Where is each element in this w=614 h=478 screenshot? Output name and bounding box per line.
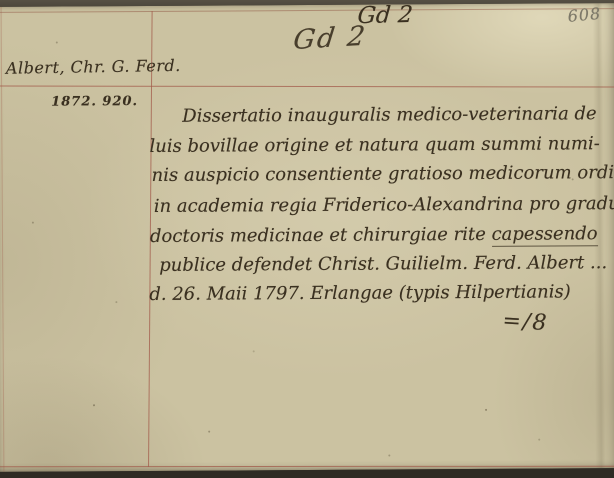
entry-line: in academia regia Friderico-Alexandrina … bbox=[154, 193, 614, 217]
shelfmark-lower: Gd 2 bbox=[292, 21, 369, 56]
card-surface: Gd 2 Gd 2 608 Albert, Chr. G. Ferd. 1872… bbox=[0, 3, 614, 472]
entry-line: doctoris medicinae et chirurgiae rite ca… bbox=[150, 223, 598, 247]
author-heading: Albert, Chr. G. Ferd. bbox=[6, 56, 181, 78]
entry-line-text: nis auspicio consentiente gratioso medic… bbox=[152, 162, 614, 186]
page-number: 608 bbox=[567, 4, 602, 26]
accession-number: 1872. 920. bbox=[51, 94, 138, 110]
entry-line: nis auspicio consentiente gratioso medic… bbox=[152, 162, 614, 186]
entry-line: Dissertatio inauguralis medico-veterinar… bbox=[182, 103, 597, 127]
scanned-catalog-card: Gd 2 Gd 2 608 Albert, Chr. G. Ferd. 1872… bbox=[0, 0, 614, 478]
entry-text-block: Dissertatio inauguralis medico-veterinar… bbox=[0, 3, 614, 7]
rule-header-horizontal bbox=[0, 85, 614, 87]
entry-line: luis bovillae origine et natura quam sum… bbox=[149, 133, 600, 157]
rule-left-margin bbox=[1, 7, 5, 472]
entry-line-text: d. 26. Maii 1797. Erlangae (typis Hilper… bbox=[149, 281, 571, 305]
price-mark: =/8 bbox=[502, 308, 549, 336]
entry-line-text: doctoris medicinae et chirurgiae rite bbox=[150, 224, 492, 247]
entry-line-text: luis bovillae origine et natura quam sum… bbox=[149, 133, 600, 157]
rule-bottom-horizontal bbox=[0, 466, 614, 468]
entry-line-underlined: capessendo bbox=[491, 223, 597, 247]
entry-line: publice defendet Christ. Guilielm. Ferd.… bbox=[159, 252, 607, 276]
rule-top-horizontal bbox=[0, 8, 614, 13]
entry-line-text: in academia regia Friderico-Alexandrina … bbox=[154, 193, 614, 217]
entry-line-text: Dissertatio inauguralis medico-veterinar… bbox=[182, 103, 597, 127]
entry-line-text: publice defendet Christ. Guilielm. Ferd.… bbox=[159, 252, 607, 276]
entry-line: d. 26. Maii 1797. Erlangae (typis Hilper… bbox=[149, 281, 571, 305]
